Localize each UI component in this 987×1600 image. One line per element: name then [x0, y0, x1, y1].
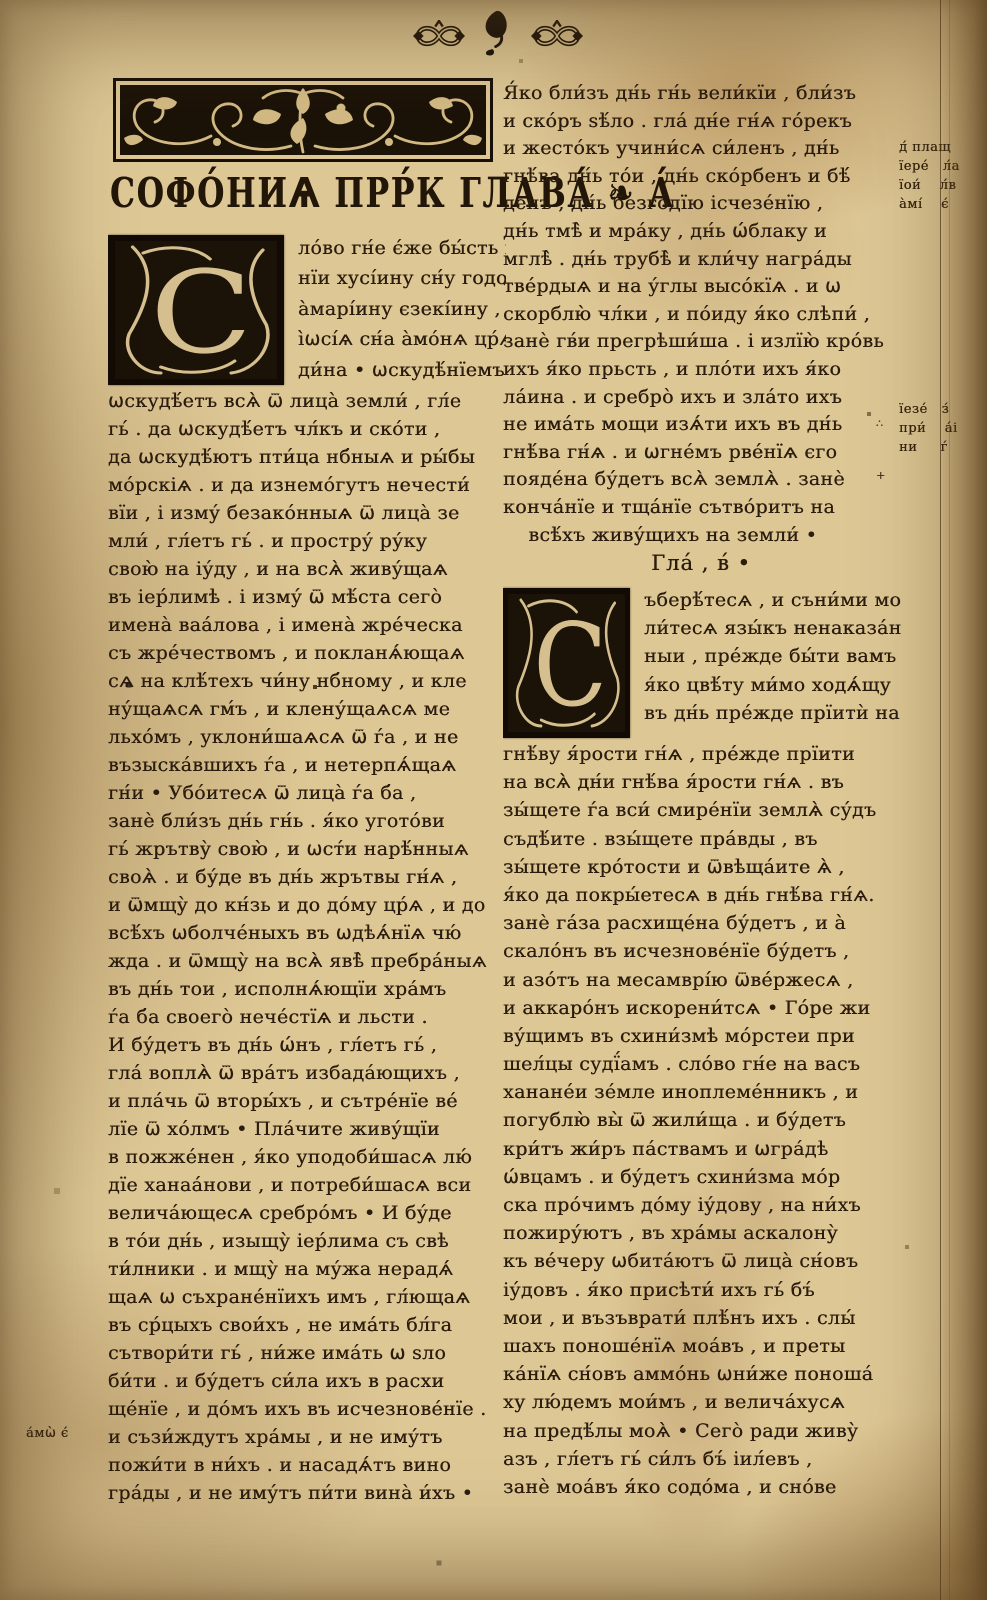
text-line: пояде́на бу́детъ всѧ̀ землѧ̀ . занѐ [503, 466, 899, 494]
text-column-2-chapter2: С ъберѣ́тесѧ , и съни́ми моли́тесѧ язы́к… [503, 586, 903, 1501]
text-line: сѧ на клѣ́техъ чи́ну нб́ному , и кле [108, 667, 506, 695]
text-line: зы́щете кро́тости и ѿвѣща́ите ѧ̀ , [503, 853, 903, 881]
headpiece-woodcut [113, 78, 493, 162]
text-line: в то́и дн́ь , изыщу̀ іер́лима съ свѣ [108, 1227, 506, 1255]
text-line: и съзи́ждутъ хра́мы , и не иму́тъ [108, 1423, 506, 1451]
page-edge [940, 0, 987, 1600]
text-line: своѧ̀ . и бу́де въ дн́ь жрътвы гн́ѧ , [108, 863, 506, 891]
folio-ornament-row [413, 14, 583, 58]
text-line: Я́ко бли́зъ дн́ь гн́ь вели́кїи , бли́зъ [503, 80, 899, 108]
text-line: конча́нїе и тща́нїе сътво́ритъ на [503, 494, 899, 522]
text-line: в пожже́нен , я́ко уподоби́шасѧ лю́ [108, 1143, 506, 1171]
drop-cap-initial: С [503, 588, 630, 738]
text-line: ѡ́вцамъ . и бу́детъ схини́зма мо́р [503, 1163, 903, 1191]
text-line: зы́щете ѓа вси́ смире́нїи землѧ̀ су́дъ [503, 796, 903, 824]
text-line: и аккаро́нъ искорени́тсѧ • Го́ре жи [503, 994, 903, 1022]
margin-mark: + [876, 450, 886, 502]
text-line: шел́цы судї́амъ . сло́во гн́е на васъ [503, 1050, 903, 1078]
text-line: имена̀ ваа́лова , і имена̀ жре́ческа [108, 611, 506, 639]
text-line: къ ве́черу ѡбита́ютъ ѿ лица̀ сн́овъ [503, 1247, 903, 1275]
initial-letter: С [533, 599, 607, 732]
text-line: мглѣ̀ . дн́ь трубѣ̀ и кли́чу награ́ды [503, 246, 899, 274]
chapter2-heading: Гла́ , в́ • [503, 551, 899, 575]
text-line: и азо́тъ на месамврі́ю ѿве́ржесѧ , [503, 966, 903, 994]
chapter1-opening: С ло́во гн́е є́же бы́сть къ софо́нїи хус… [108, 233, 506, 387]
text-line: на предѣ́лы моѧ̀ • Сего̀ ради живу̀ [503, 1417, 903, 1445]
text-line: дн́ь тмѣ̀ и мра́ку , дн́ь ѡ́блаку и [503, 218, 899, 246]
text-line: льхо́мъ , уклони́шаѧсѧ ѿ ѓа , и не [108, 723, 506, 751]
text-line: велича́ющесѧ сребро́мъ • И бу́де [108, 1199, 506, 1227]
text-line: вїи , і изму́ безако́нныѧ ѿ лица̀ зе [108, 499, 506, 527]
text-line: гнѣ́ву я́рости гн́ѧ , пре́жде прїити [503, 740, 903, 768]
text-line: занѐ га́за расхище́на бу́детъ , и а̀ [503, 909, 903, 937]
text-line: би́ти . и бу́детъ си́ла ихъ в расхи [108, 1367, 506, 1395]
margin-marks: ∴+ [876, 398, 886, 502]
text-line: мли́ , гл́етъ гь́ . и простру́ ру́ку [108, 527, 506, 555]
text-line: и ѿмщу̀ до кн́зь и до до́му цр́ѧ , и до [108, 891, 506, 919]
column2-lines: гнѣ́ву я́рости гн́ѧ , пре́жде прїитина в… [503, 740, 903, 1501]
text-line: свою̀ на іу́ду , и на всѧ̀ живу́щаѧ [108, 555, 506, 583]
margin-note-left: а́мѡ̀ є́ [26, 1424, 69, 1443]
text-line: іу́довъ . я́ко присѣти́ ихъ гь́ бъ́ [503, 1276, 903, 1304]
text-line: гра́ды , и не иму́тъ пи́ти вина̀ и́хъ • [108, 1479, 506, 1507]
text-line: мо́рскіѧ . и да изнемо́гутъ нечести́ [108, 471, 506, 499]
text-line: ти́лники . и мщу̀ на му́жа нерадѧ́ [108, 1255, 506, 1283]
text-line: възыска́вшихъ ѓа , и нетерпѧ́щаѧ [108, 751, 506, 779]
text-line: дїе ханаа́нови , и потреби́шасѧ вси [108, 1171, 506, 1199]
text-line: и пла́чь ѿ вторы́хъ , и сътре́нїе ве́ [108, 1087, 506, 1115]
text-line: азъ , гл́етъ гь́ си́лъ бъ́ іил́евъ , [503, 1445, 903, 1473]
book-page: СОФО́НИѦ ПРР́К ГЛАВА́ ❧ А́ С ло́во гн́е … [0, 0, 987, 1600]
text-line: погублю̀ вы̀ ѿ жили́ща . и бу́детъ [503, 1106, 903, 1134]
text-line: ще́нїе , и до́мъ ихъ въ исчезнове́нїе . [108, 1395, 506, 1423]
margin-mark: ∴ [876, 398, 886, 450]
text-line: кри́тъ жи́ръ па́ствамъ и ѡгра́дѣ [503, 1135, 903, 1163]
text-line: гнѣ́ва гн́ѧ . и ѡгне́мъ рве́нїѧ єго [503, 439, 899, 467]
text-line: съдѣ́ите . взы́щете пра́вды , въ [503, 825, 903, 853]
text-line: ву́щимъ въ схини́змѣ мо́рстеи при [503, 1022, 903, 1050]
ink-specks [0, 0, 2, 2]
text-line: всѣ́хъ живу́щихъ на земли́ • [503, 522, 899, 550]
text-line: занѐ гв́и прегрѣши́ша . і излїю̀ кро́вь [503, 328, 899, 356]
text-line: занѐ бли́зъ дн́ь гн́ь . я́ко угото́ви [108, 807, 506, 835]
text-line: гь́ . да ѡскудѣ́етъ чл́къ и ско́ти , [108, 415, 506, 443]
text-line: въ ср́цыхъ свои́хъ , не има́ть бл́га [108, 1311, 506, 1339]
text-line: шахъ поноше́нїѧ моа́въ , и преты [503, 1332, 903, 1360]
text-line: гнѣ́ва дн́ь то́и , дн́ь ско́рбенъ и бѣ́ [503, 163, 899, 191]
text-line: всѣ́хъ ѡболче́ныхъ въ ѡдѣѧ́нїѧ чю́ [108, 919, 506, 947]
text-line: и жесто́къ учини́сѧ си́ленъ , дн́ь [503, 135, 899, 163]
text-line: на всѧ̀ дн́и гнѣ́ва я́рости гн́ѧ . въ [503, 768, 903, 796]
leaf-folio-mark-icon [482, 8, 514, 58]
text-line: ханане́и зе́мле иноплеме́нникъ , и [503, 1078, 903, 1106]
text-line: въ іер́лимѣ . і изму́ ѿ мѣ́ста сего̀ [108, 583, 506, 611]
text-line: ѓа б́а своего̀ нече́стїѧ и льсти . [108, 1003, 506, 1031]
text-line: и ско́ръ ѕѣ́ло . гла́ дн́е гн́ѧ го́рекъ [503, 108, 899, 136]
text-line: сътвори́ти гь́ , ни́же има́ть ѡ ѕло [108, 1339, 506, 1367]
text-line: ихъ я́ко прьсть , и пло́ти ихъ я́ко [503, 356, 899, 384]
text-line: ѡскудѣ́етъ всѧ̀ ѿ лица̀ земли́ , гл́е [108, 387, 506, 415]
text-line: щаѧ ѡ съхране́нїихъ имъ , гл́ющаѧ [108, 1283, 506, 1311]
column1-lines: ѡскудѣ́етъ всѧ̀ ѿ лица̀ земли́ , гл́егь́… [108, 387, 506, 1507]
text-line: ла́ина . и сребро̀ ихъ и зла́то ихъ [503, 384, 899, 412]
text-line: ну́щаѧсѧ гм́ъ , и клену́щаѧсѧ ме [108, 695, 506, 723]
text-line: не има́ть мощи изѧ́ти ихъ въ дн́ь [503, 411, 899, 439]
text-line: лїе ѿ хо́лмъ • Пла́чите живу́щїи [108, 1115, 506, 1143]
text-line: занѐ моа́въ я́ко содо́ма , и сно́ве [503, 1473, 903, 1501]
text-line: И бу́детъ въ дн́ь ѡ́нъ , гл́етъ гь́ , [108, 1031, 506, 1059]
text-line: скало́нъ въ исчезнове́нїе бу́детъ , [503, 937, 903, 965]
text-column-1: С ло́во гн́е є́же бы́сть къ софо́нїи хус… [108, 233, 506, 1507]
chapter2-opening: С ъберѣ́тесѧ , и съни́ми моли́тесѧ язы́к… [503, 586, 903, 740]
text-line: пожи́ти в ни́хъ . и насадѧ́тъ вино [108, 1451, 506, 1479]
text-line: гла́ воплѧ̀ ѿ вра́тъ избада́ющихъ , [108, 1059, 506, 1087]
knot-ornament-icon [531, 20, 583, 52]
text-line: я́ко да покры́етесѧ в дн́ь гнѣ́ва гн́ѧ. [503, 881, 903, 909]
text-line: жда . и ѿмщу̀ на всѧ̀ явѣ̀ пребра́ныѧ [108, 947, 506, 975]
text-line: денъ , дн́ь безго́дїю ісчезе́нїю , [503, 190, 899, 218]
knot-ornament-icon [413, 20, 465, 52]
text-column-2-chapter1: Я́ко бли́зъ дн́ь гн́ь вели́кїи , бли́зъи… [503, 80, 899, 549]
text-line: гн́и • Убо́итесѧ ѿ лица̀ ѓа б́а , [108, 779, 506, 807]
text-line: тве́рдыѧ и на у́глы высо́кїѧ . и ѡ [503, 273, 899, 301]
text-line: ху лю́демъ мои́мъ , и велича́хусѧ [503, 1388, 903, 1416]
text-line: ска про́чимъ до́му іу́дову , на ни́хъ [503, 1191, 903, 1219]
text-line: съ жре́чествомъ , и покланѧ́ющаѧ [108, 639, 506, 667]
text-line: мои , и възъврати́ плѣ́нъ ихъ . слы́ [503, 1304, 903, 1332]
drop-cap-initial: С [108, 235, 284, 385]
text-line: въ дн́ь тои , исполнѧ́ющїи хра́мъ [108, 975, 506, 1003]
text-line: пожиру́ютъ , въ хра́мы аскалону̀ [503, 1219, 903, 1247]
text-line: ка́нїѧ сн́овъ аммо́нь ѡни́же поноша́ [503, 1360, 903, 1388]
text-line: гь́ жрътву̀ свою̀ , и ѡст́и нарѣ́нныѧ [108, 835, 506, 863]
text-line: да ѡскудѣ́ютъ пти́ца нб́ныѧ и ры́бы [108, 443, 506, 471]
text-line: скорблю̀ чл́ки , и по́иду я́ко слѣпи́ , [503, 301, 899, 329]
initial-letter: С [150, 247, 252, 379]
